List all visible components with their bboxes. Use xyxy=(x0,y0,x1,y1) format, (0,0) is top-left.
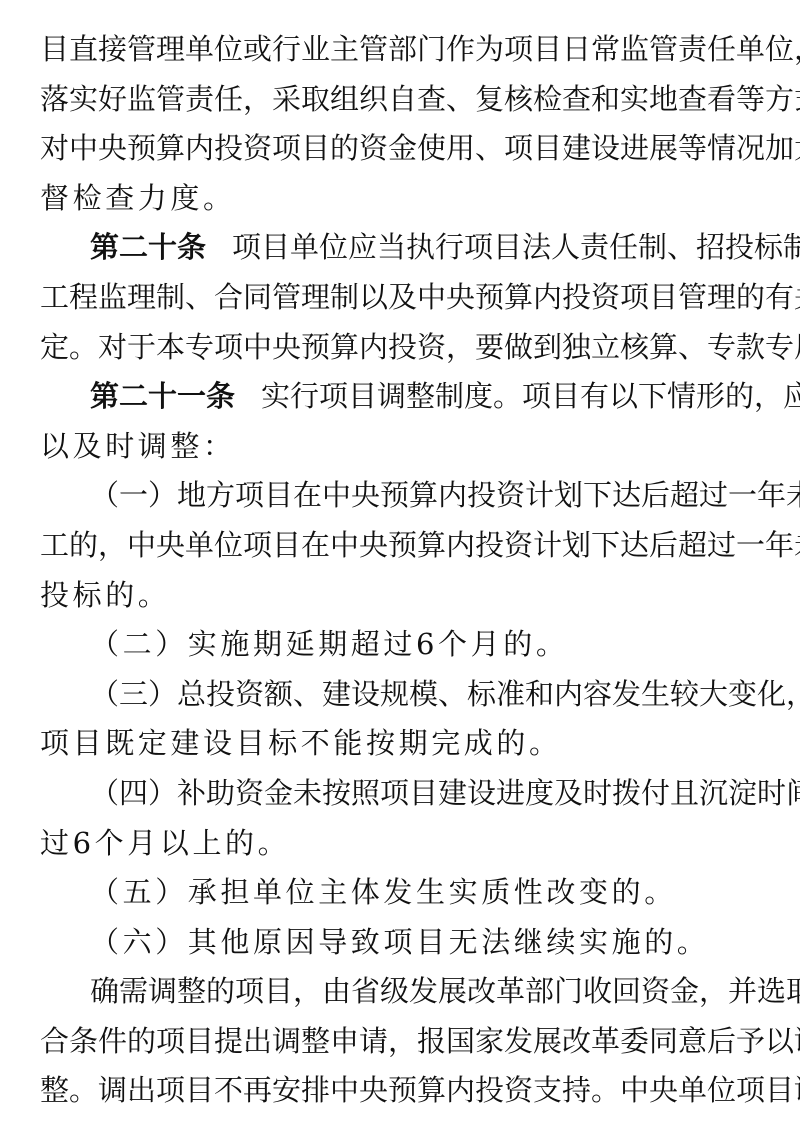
list-item-2: （二）实施期延期超过6个月的。 xyxy=(40,620,764,670)
paragraph-line: 投标的。 xyxy=(40,571,764,621)
list-item-6: （六）其他原因导致项目无法继续实施的。 xyxy=(40,918,764,968)
article-21-first-line: 第二十一条实行项目调整制度。项目有以下情形的，应予 xyxy=(40,372,764,422)
paragraph-line: 工程监理制、合同管理制以及中央预算内投资项目管理的有关规 xyxy=(40,273,764,323)
paragraph-line: 工的，中央单位项目在中央预算内投资计划下达后超过一年未招 xyxy=(40,521,764,571)
list-item-4: （四）补助资金未按照项目建设进度及时拨付且沉淀时间超 xyxy=(40,769,764,819)
paragraph-line: 目直接管理单位或行业主管部门作为项目日常监管责任单位，要 xyxy=(40,25,764,75)
paragraph-line: 以及时调整： xyxy=(40,422,764,472)
article-20-first-line: 第二十条项目单位应当执行项目法人责任制、招投标制、 xyxy=(40,223,764,273)
paragraph-line: 督检查力度。 xyxy=(40,174,764,224)
paragraph-line: 过6个月以上的。 xyxy=(40,819,764,869)
article-21-text: 实行项目调整制度。项目有以下情形的，应予 xyxy=(261,379,800,413)
paragraph-line: 整。调出项目不再安排中央预算内投资支持。中央单位项目调整 xyxy=(40,1066,764,1116)
list-item-1: （一）地方项目在中央预算内投资计划下达后超过一年未开 xyxy=(40,471,764,521)
article-20-text: 项目单位应当执行项目法人责任制、招投标制、 xyxy=(232,230,800,264)
list-item-3: （三）总投资额、建设规模、标准和内容发生较大变化，且 xyxy=(40,670,764,720)
document-page: 目直接管理单位或行业主管部门作为项目日常监管责任单位，要 落实好监管责任，采取组… xyxy=(40,25,764,1116)
list-item-5: （五）承担单位主体发生实质性改变的。 xyxy=(40,868,764,918)
paragraph-line: 定。对于本专项中央预算内投资，要做到独立核算、专款专用。 xyxy=(40,323,764,373)
paragraph-line: 合条件的项目提出调整申请，报国家发展改革委同意后予以调 xyxy=(40,1017,764,1067)
article-20-heading: 第二十条 xyxy=(90,230,206,264)
paragraph-line: 落实好监管责任，采取组织自查、复核检查和实地查看等方式， xyxy=(40,75,764,125)
paragraph-line: 项目既定建设目标不能按期完成的。 xyxy=(40,719,764,769)
paragraph-line: 对中央预算内投资项目的资金使用、项目建设进展等情况加大监 xyxy=(40,124,764,174)
article-21-heading: 第二十一条 xyxy=(90,379,235,413)
closing-paragraph-first: 确需调整的项目，由省级发展改革部门收回资金，并选取符 xyxy=(40,967,764,1017)
